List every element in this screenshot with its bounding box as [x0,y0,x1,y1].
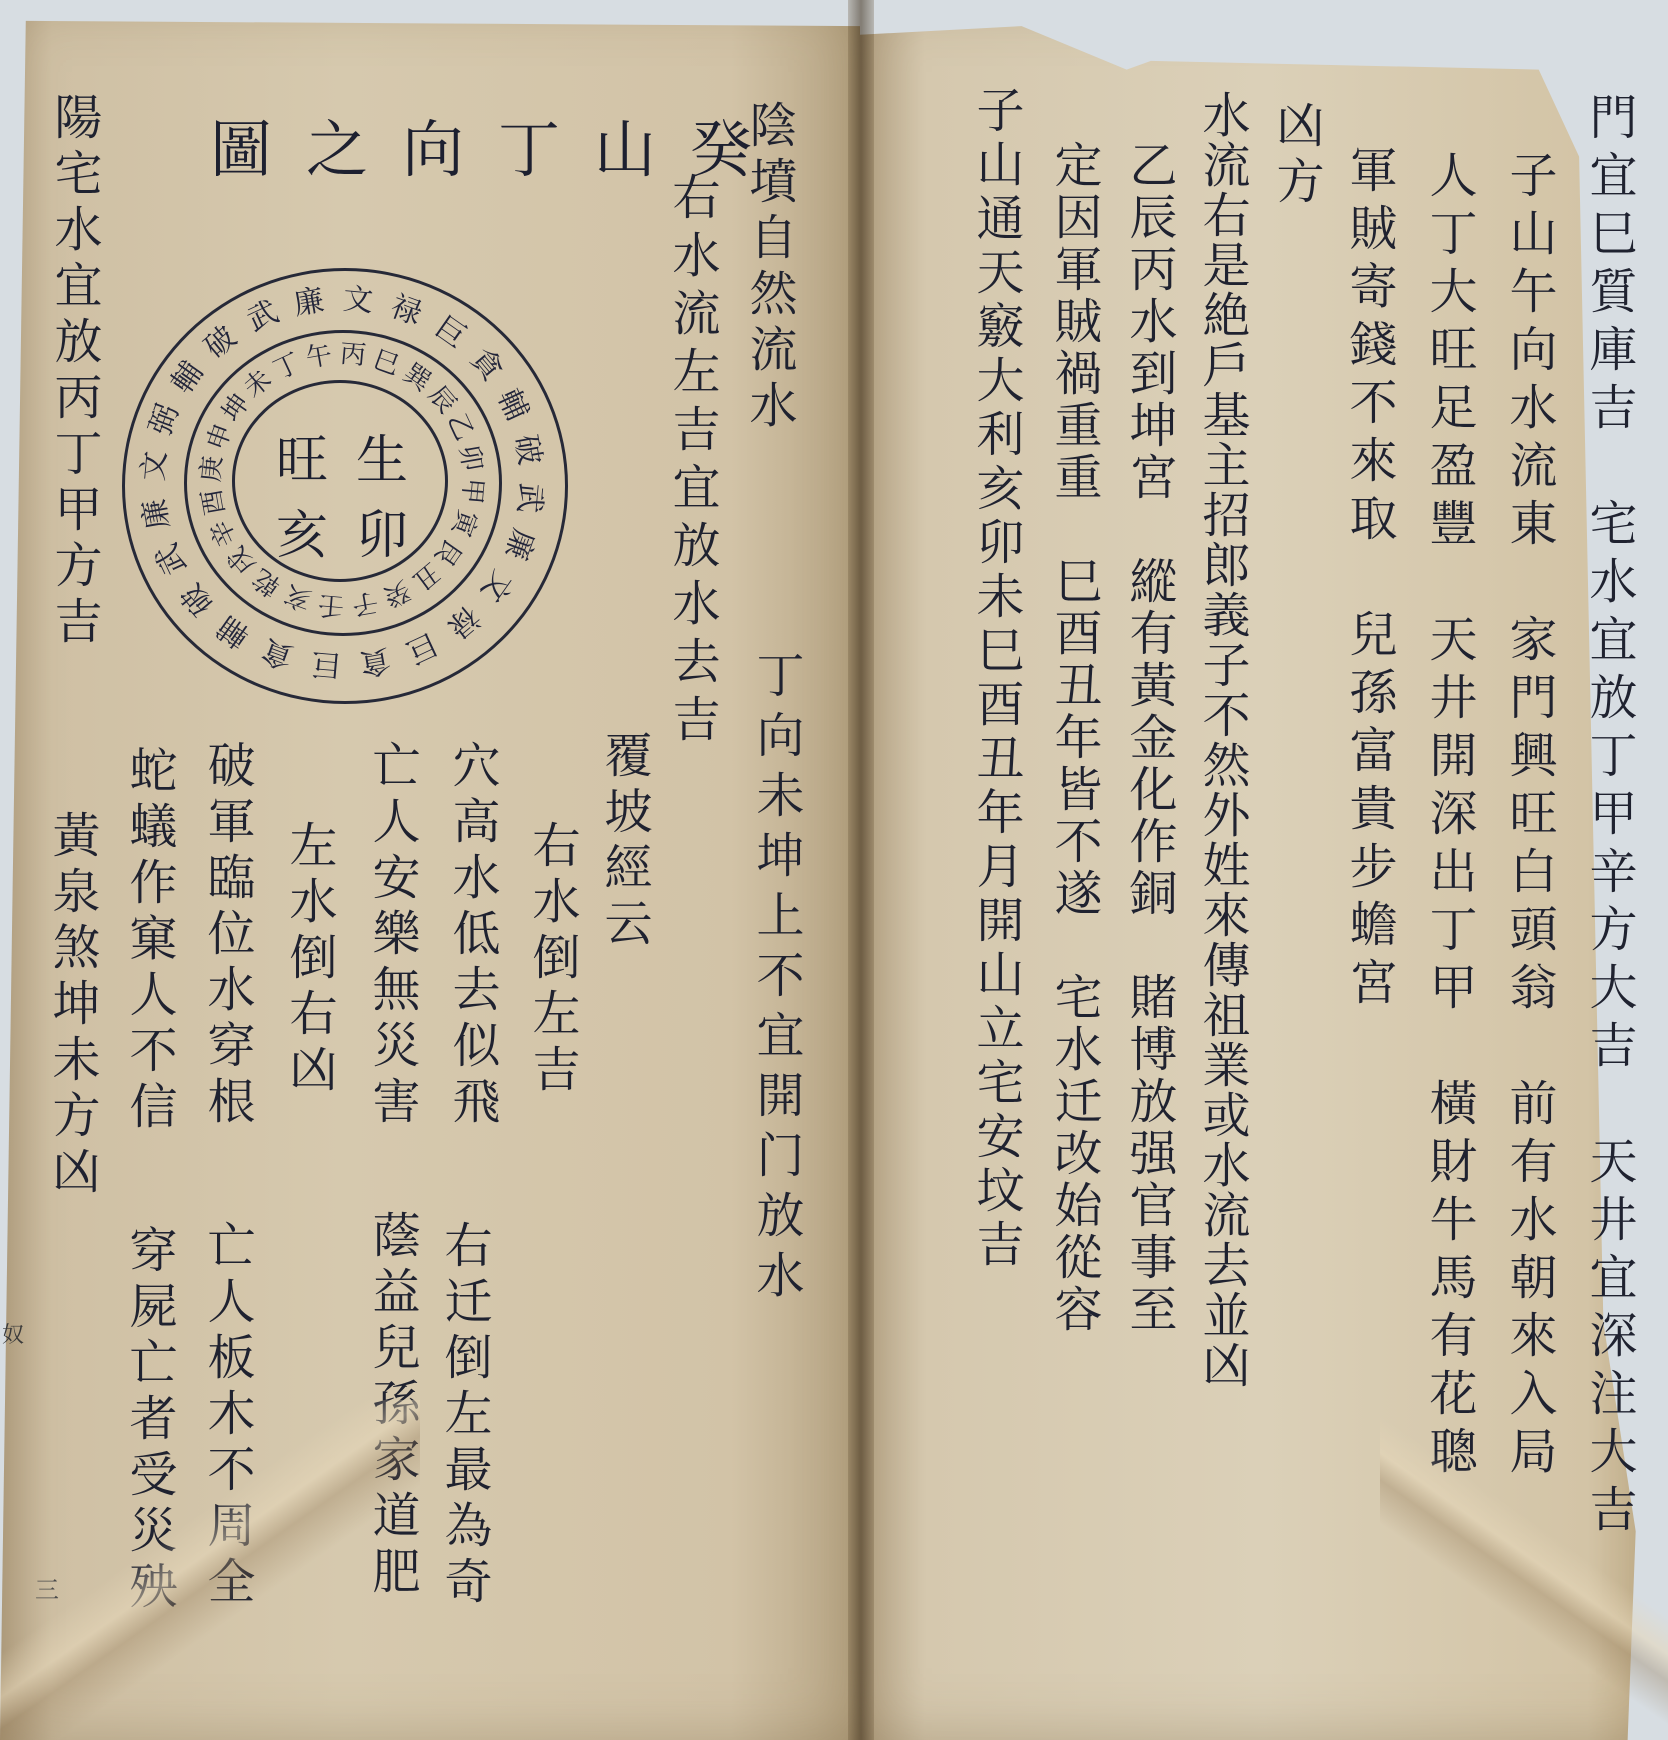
inner-ring-char: 卯 [453,441,488,476]
center-char: 生 [342,418,422,493]
outer-ring-char: 文 [342,284,375,317]
inner-ring-char: 壬 [314,588,347,621]
verse-line: 蛇蟻作窠人不信 [125,745,173,1137]
verse-line: 破軍臨位水穿根 [203,740,251,1132]
column-ding-yin: 定因軍賊禍重重 巳酉丑年皆不遂 宅水迁改始從容 [1050,140,1098,1336]
verse-line: 穿屍亡者受災殃 [125,1225,173,1617]
inner-ring-char: 甲 [455,475,488,508]
column-ding-xiang: 丁向未坤上不宜開门放水 [752,650,800,1310]
outer-ring-char: 廉 [292,285,327,320]
inner-ring-char: 子 [347,586,382,621]
column-jun-zei: 軍賊寄錢不來取 兒孫富貴步蟾宮 [1345,145,1393,1015]
column-zi-tong: 子山通天竅大利亥卯未巳酉丑年月開山立宅安坟吉 [972,85,1020,1273]
verse-line: 亡人安樂無災害 [368,740,416,1132]
edge-mark: 奴 [2,1318,24,1349]
column-shui-liu: 水流右是絶戶基主招郎義子不然外姓來傳祖業或水流去並凶 [1198,90,1246,1390]
column-xiong-fang: 凶方 [1272,100,1320,212]
outer-ring-char: 廉 [139,496,174,531]
verse-line: 蔭益兒孫家道肥 [368,1210,416,1602]
outer-ring-char: 貪 [357,644,392,679]
center-char: 旺 [262,418,342,493]
column-right-water: 右水流左吉宜放水去吉 [668,172,716,752]
column-yin-fen: 陰墳自然流水 [745,100,793,436]
compass-diagram: 生 旺 卯 亥 子癸丑艮寅甲卯乙辰巽巳丙午丁未坤申庚酉辛戌乾亥壬 貪巨禄文廉武破… [122,268,572,708]
inner-ring-char: 午 [302,340,337,375]
inner-ring-char: 酉 [197,484,232,519]
book-gutter [848,0,874,1740]
column-fupo-jing: 覆坡經云 [600,730,648,954]
verse-line: 亡人板木不周全 [203,1220,251,1612]
column-zi-shan: 子山午向水流東 家門興旺白頭翁 前有水朝來入局 [1505,150,1553,1484]
column-huang-quan: 黃泉煞坤未方凶 [48,810,96,1202]
verse-right-water-left: 右水倒左吉 [528,820,576,1100]
verse-left-water-right: 左水倒右凶 [285,820,333,1100]
verse-line: 穴高水低去似飛 [448,740,496,1132]
outer-ring-char: 巨 [309,647,342,680]
column-yang-zhai: 陽宅水宜放丙丁甲方吉 [50,92,98,652]
column-ren-ding: 人丁大旺足盈豐 天井開深出丁甲 橫財牛馬有花聰 [1425,150,1473,1484]
column-men-yi: 門宜巳質庫吉 宅水宜放丁甲辛方大吉 天井宜深注大吉 [1585,92,1633,1542]
center-char: 卯 [342,493,422,568]
inner-ring-char: 庚 [196,453,229,486]
inner-ring-char: 丙 [337,339,370,372]
outer-ring-char: 武 [513,482,546,515]
compass-center: 生 旺 卯 亥 [262,418,422,548]
center-char: 亥 [262,493,342,568]
outer-ring-char: 文 [138,450,171,483]
column-yi-chen: 乙辰丙水到坤宮 縱有黃金化作銅 賭博放强官事至 [1125,140,1173,1336]
outer-ring-char: 破 [510,433,545,468]
verse-line: 右迁倒左最為奇 [440,1220,488,1612]
page-number: 三 [35,1570,59,1605]
